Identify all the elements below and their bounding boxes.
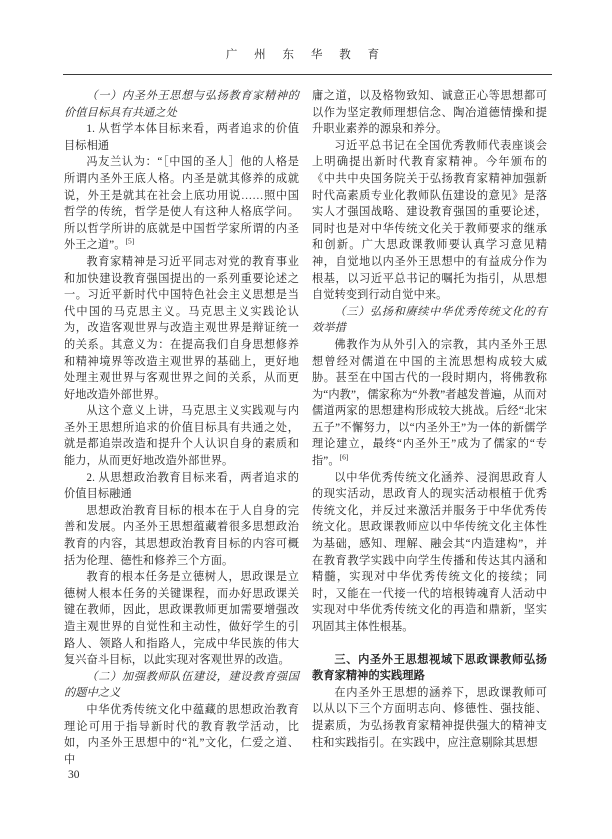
citation-marker-6: [6] [340,452,349,461]
text-columns: （一）内圣外王思想与弘扬教育家精神的价值目标具有共通之处 1. 从哲学本体目标来… [0,75,612,768]
paragraph: 佛教作为从外引入的宗教，其内圣外王思想曾经对儒道在中国的主流思想构成较大威胁。甚… [312,337,547,470]
paragraph: 以中华优秀传统文化涵养、浸润思政育人的现实活动，思政育人的现实活动根植于优秀传统… [312,470,547,636]
paragraph: 在内圣外王思想的涵养下，思政课教师可以从以下三个方面明志向、修德性、强技能、提素… [312,685,547,751]
paragraph-text: 冯友兰认为：“［中国的圣人］他的人格是所谓内圣外王底人格。内圣是就其修养的成就说… [64,156,299,251]
section-heading-1: （一）内圣外王思想与弘扬教育家精神的价值目标具有共通之处 [64,88,299,121]
citation-marker-5: [5] [126,237,135,246]
section-heading-3: （三）弘扬和赓续中华优秀传统文化的有效举措 [312,304,547,337]
paragraph: 习近平总书记在全国优秀教师代表座谈会上明确提出新时代教育家精神。今年颁布的《中共… [312,138,547,304]
numbered-subheading-1: 1. 从哲学本体目标来看，两者追求的价值目标相通 [64,121,299,154]
paragraph: 教育家精神是习近平同志对党的教育事业和加快建设教育强国提出的一系列重要论述之一。… [64,254,299,403]
paragraph: 从这个意义上讲，马克思主义实践观与内圣外王思想所追求的价值目标具有共通之处，就是… [64,403,299,469]
paragraph-text: 佛教作为从外引入的宗教，其内圣外王思想曾经对儒道在中国的主流思想构成较大威胁。甚… [312,339,547,467]
numbered-subheading-2: 2. 从思想政治教育目标来看，两者追求的价值目标融通 [64,470,299,503]
paragraph: 思想政治教育目标的根本在于人自身的完善和发展。内圣外王思想蕴藏着很多思想政治教育… [64,503,299,569]
page-number: 30 [68,769,80,781]
paragraph: 中华优秀传统文化中蕴藏的思想政治教育理论可用于指导新时代的教育教学活动，比如，内… [64,702,299,768]
chapter-heading-3: 三、内圣外王思想视域下思政课教师弘扬教育家精神的实践理路 [312,652,547,685]
paragraph: 冯友兰认为：“［中国的圣人］他的人格是所谓内圣外王底人格。内圣是就其修养的成就说… [64,154,299,254]
section-heading-2: （二）加强教师队伍建设，建设教育强国的题中之义 [64,669,299,702]
journal-header-title: 广 州 东 华 教 育 [0,0,612,62]
paragraph: 教育的根本任务是立德树人，思政课是立德树人根本任务的关键课程，而办好思政课关键在… [64,569,299,669]
journal-page: 广 州 东 华 教 育 （一）内圣外王思想与弘扬教育家精神的价值目标具有共通之处… [0,0,612,839]
right-column: 庸之道，以及格物致知、诚意正心等思想都可以作为坚定教师理想信念、陶冶道德情操和提… [312,88,547,768]
paragraph-continuation: 庸之道，以及格物致知、诚意正心等思想都可以作为坚定教师理想信念、陶冶道德情操和提… [312,88,547,138]
left-column: （一）内圣外王思想与弘扬教育家精神的价值目标具有共通之处 1. 从哲学本体目标来… [64,88,299,768]
